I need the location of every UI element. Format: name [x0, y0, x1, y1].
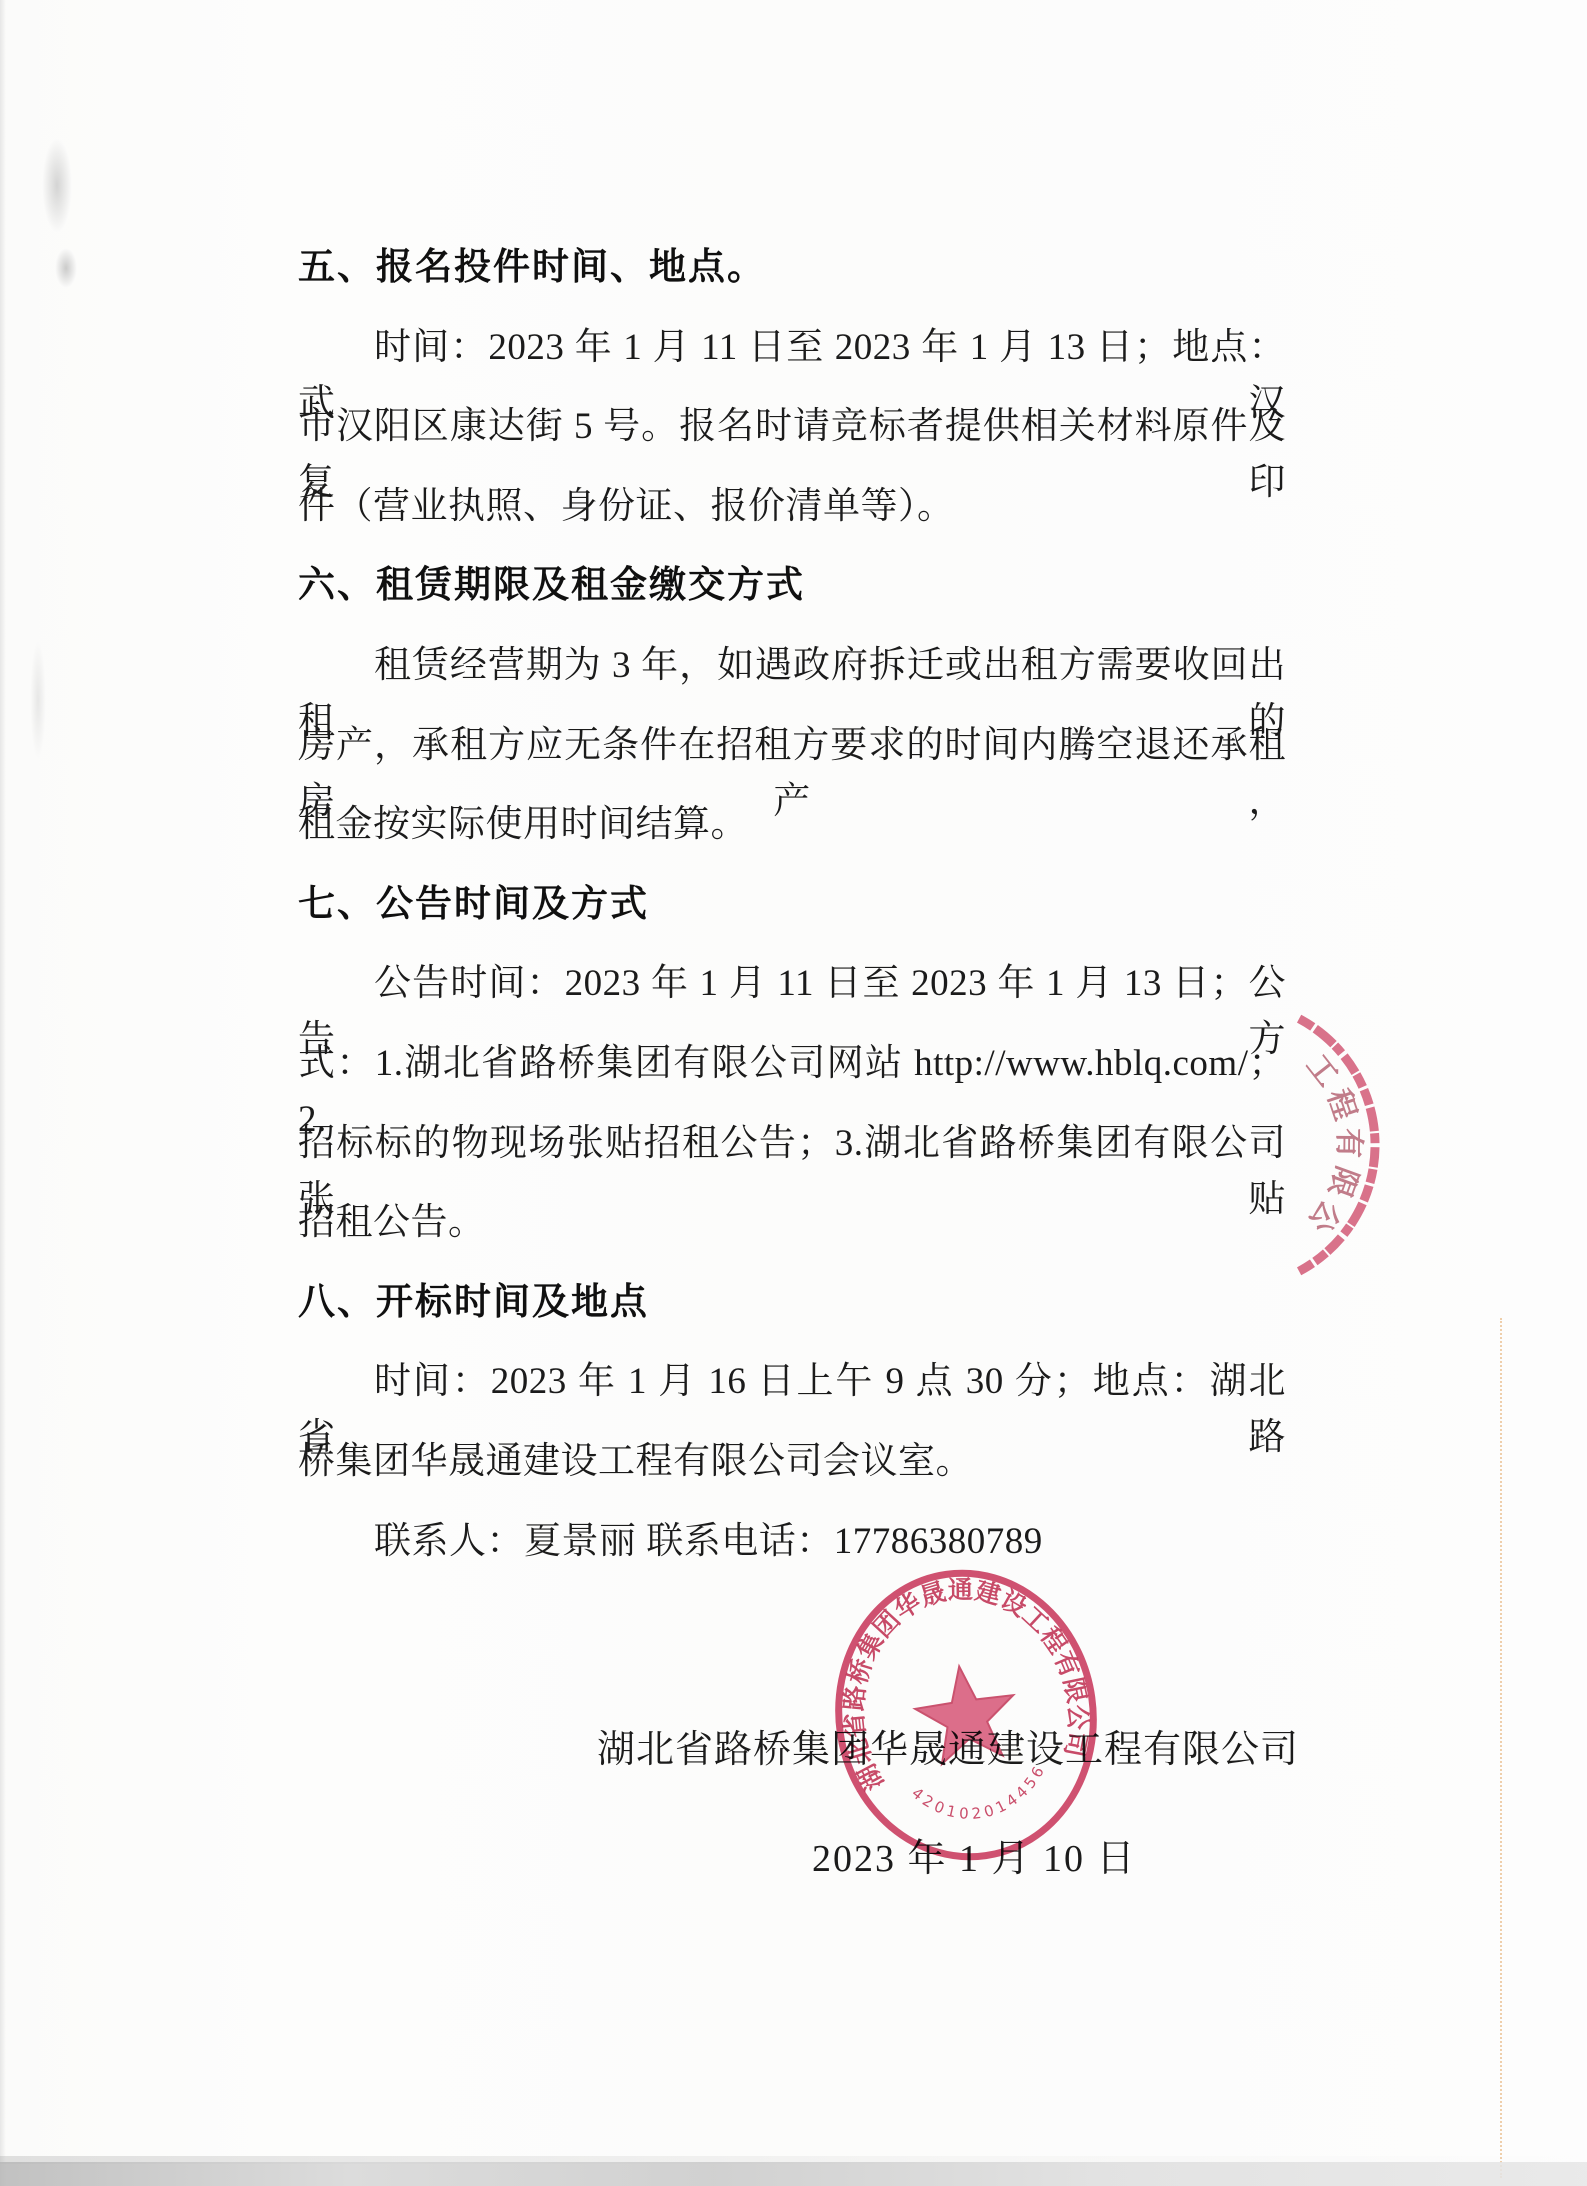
- document-page: 五、报名投件时间、地点。 时间：2023 年 1 月 11 日至 2023 年 …: [0, 0, 1587, 2186]
- scan-smudge-top-left: [42, 138, 72, 233]
- section-7-heading: 七、公告时间及方式: [298, 877, 1286, 933]
- scan-bottom-shadow: [0, 2156, 1587, 2164]
- scan-bottom-band: [0, 2162, 1587, 2186]
- contact-line: 联系人：夏景丽 联系电话：17786380789: [298, 1514, 1286, 1570]
- section-8-line-2: 桥集团华晟通建设工程有限公司会议室。: [298, 1434, 1286, 1490]
- section-5-line-3: 件（营业执照、身份证、报价清单等）。: [298, 479, 1286, 535]
- partial-seal: 工程有限公: [1080, 995, 1380, 1305]
- section-6-line-2: 房产，承租方应无条件在招租方要求的时间内腾空退还承租房产，: [298, 718, 1286, 774]
- scan-smudge-left: [55, 248, 77, 288]
- section-6-line-3: 租金按实际使用时间结算。: [298, 797, 1286, 853]
- scan-smudge-left-mid: [30, 640, 46, 760]
- company-seal: 湖北省路桥集团华晟通建设工程有限公司 4201020144568: [832, 1566, 1100, 1866]
- section-5-heading: 五、报名投件时间、地点。: [298, 240, 1286, 296]
- section-6-line-1: 租赁经营期为 3 年，如遇政府拆迁或出租方需要收回出租的: [298, 638, 1286, 694]
- section-8-line-1: 时间：2023 年 1 月 16 日上午 9 点 30 分；地点：湖北省路: [298, 1354, 1286, 1410]
- section-5-line-2: 市汉阳区康达街 5 号。报名时请竞标者提供相关材料原件及复印: [298, 399, 1286, 455]
- scan-left-edge-shade: [0, 0, 6, 2186]
- section-6-heading: 六、租赁期限及租金缴交方式: [298, 558, 1286, 614]
- section-5-line-1: 时间：2023 年 1 月 11 日至 2023 年 1 月 13 日；地点：武…: [298, 320, 1286, 376]
- seal-star-icon: [910, 1660, 1021, 1767]
- scan-dotted-line: [1500, 1318, 1502, 2178]
